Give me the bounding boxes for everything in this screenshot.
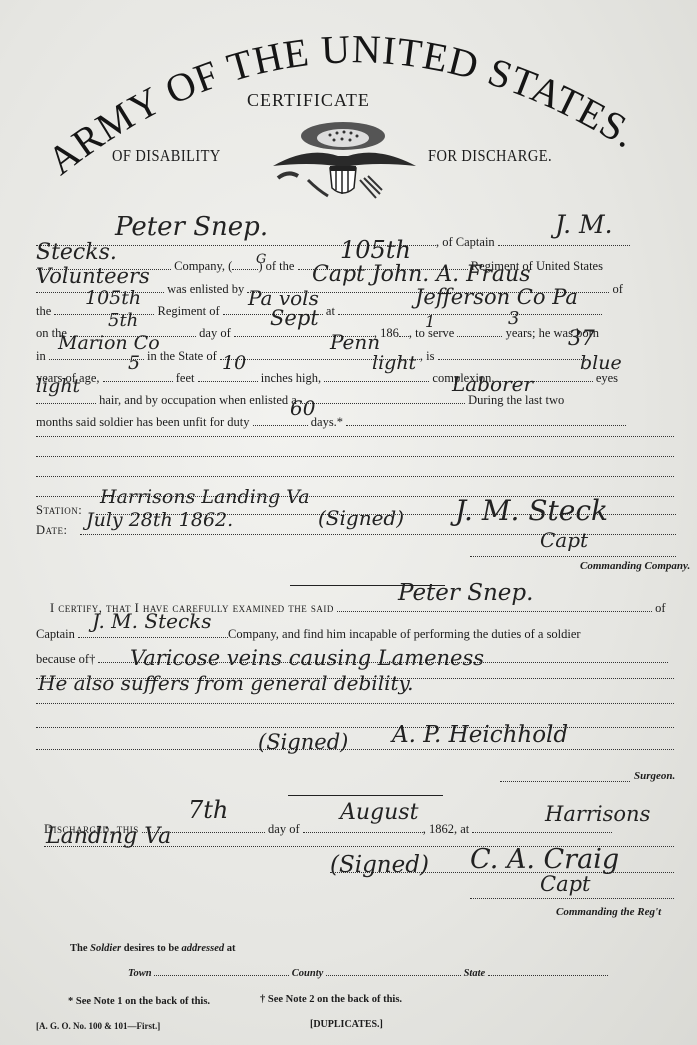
station-label: Station: [36, 503, 82, 517]
regiment-number-2-field[interactable]: 105th [85, 287, 141, 309]
height-inches-field[interactable]: 10 [222, 352, 246, 374]
blank-line [36, 727, 674, 728]
discharge-signed-label: (Signed) [330, 852, 429, 878]
date-label: Date: [36, 523, 68, 537]
rank-line [470, 556, 676, 557]
enlisted-by-field[interactable]: Capt John. A. Fraus [312, 262, 531, 287]
height-feet-field[interactable]: 5 [128, 352, 140, 374]
signed-label: (Signed) [318, 506, 404, 530]
discharge-place-2-field[interactable]: Landing Va [46, 824, 171, 849]
section-divider [288, 795, 443, 796]
born-state-field[interactable]: Penn [330, 330, 380, 354]
commanding-company-label: Commanding Company. [580, 560, 690, 572]
occupation-field[interactable]: Laborer [452, 372, 533, 396]
enlist-year-digit-field[interactable]: 1 [425, 312, 435, 331]
company-letter-field[interactable]: G [256, 252, 266, 267]
complexion-field[interactable]: light [372, 352, 416, 374]
eyes-field[interactable]: blue [580, 352, 622, 374]
company-commander-rank[interactable]: Capt [540, 528, 588, 552]
county-field[interactable] [326, 965, 461, 976]
enlist-month-field[interactable]: Sept [270, 306, 319, 330]
discharge-day-field[interactable]: 7th [188, 796, 228, 824]
blank-line [36, 749, 674, 750]
enlisted-at-field[interactable]: Jefferson Co Pa [415, 285, 578, 309]
blank-line [36, 436, 674, 437]
serve-years-field[interactable]: 3 [508, 308, 519, 329]
station-field[interactable]: Harrisons Landing Va [100, 486, 310, 508]
unfit-days-field[interactable]: 60 [290, 396, 315, 420]
regiment-commander-signature[interactable]: C. A. Craig [470, 844, 619, 875]
rank-line [470, 898, 674, 899]
date-field[interactable]: July 28th 1862. [86, 509, 233, 531]
address-intro: The Soldier desires to be addressed at [70, 943, 236, 954]
commanding-regiment-label: Commanding the Reg't [556, 906, 661, 918]
line-hair-occupation: hair, and by occupation when enlisted a … [36, 393, 681, 407]
town-field[interactable] [154, 965, 289, 976]
blank-line [36, 703, 674, 704]
form-number: [A. G. O. No. 100 & 101—First.] [36, 1021, 160, 1031]
state-field[interactable] [488, 965, 608, 976]
age-field[interactable]: 37 [568, 326, 595, 350]
disability-subheading: OF DISABILITY [112, 146, 221, 166]
duplicates-label: [DUPLICATES.] [310, 1019, 383, 1030]
soldier-name-field[interactable]: Peter Snep. [115, 212, 268, 242]
footnote-1: * See Note 1 on the back of this. [68, 996, 210, 1007]
hair-field[interactable]: light [36, 375, 80, 397]
footnote-2: † See Note 2 on the back of this. [260, 994, 402, 1005]
blank-line [36, 476, 674, 477]
company-commander-signature[interactable]: J. M. Steck [455, 494, 608, 527]
disability-reason-1-field[interactable]: Varicose veins causing Lameness [130, 646, 484, 670]
discharge-subheading: FOR DISCHARGE. [428, 146, 552, 166]
blank-line [36, 456, 674, 457]
surgeon-line [500, 781, 630, 782]
surgeon-signed-label: (Signed) [258, 730, 348, 754]
certify-soldier-name-field[interactable]: Peter Snep. [398, 580, 533, 606]
certificate-page: ARMY OF THE UNITED STATES. CERTIFICATE O… [0, 0, 697, 1045]
line-unfit-duty: months said soldier has been unfit for d… [36, 415, 681, 429]
surgeon-label: Surgeon. [634, 770, 675, 782]
captain-last-field[interactable]: Stecks. [36, 240, 117, 265]
address-fields-line: Town County State [128, 965, 608, 979]
surgeon-signature[interactable]: A. P. Heichhold [392, 722, 568, 748]
regiment-number-field[interactable]: 105th [340, 236, 411, 264]
enlist-day-field[interactable]: 5th [108, 310, 138, 331]
certify-captain-field[interactable]: J. M. Stecks [92, 609, 212, 633]
discharge-place-1-field[interactable]: Harrisons [545, 802, 650, 826]
eagle-emblem-icon [268, 118, 418, 208]
disability-reason-2-field[interactable]: He also suffers from general debility. [38, 671, 414, 695]
volunteers-field[interactable]: Volunteers [36, 264, 150, 288]
regiment-commander-rank[interactable]: Capt [540, 872, 590, 896]
captain-first-field[interactable]: J. M. [555, 210, 613, 239]
born-in-field[interactable]: Marion Co [58, 332, 160, 354]
certificate-heading: CERTIFICATE [247, 90, 370, 111]
discharge-month-field[interactable]: August [340, 800, 418, 825]
